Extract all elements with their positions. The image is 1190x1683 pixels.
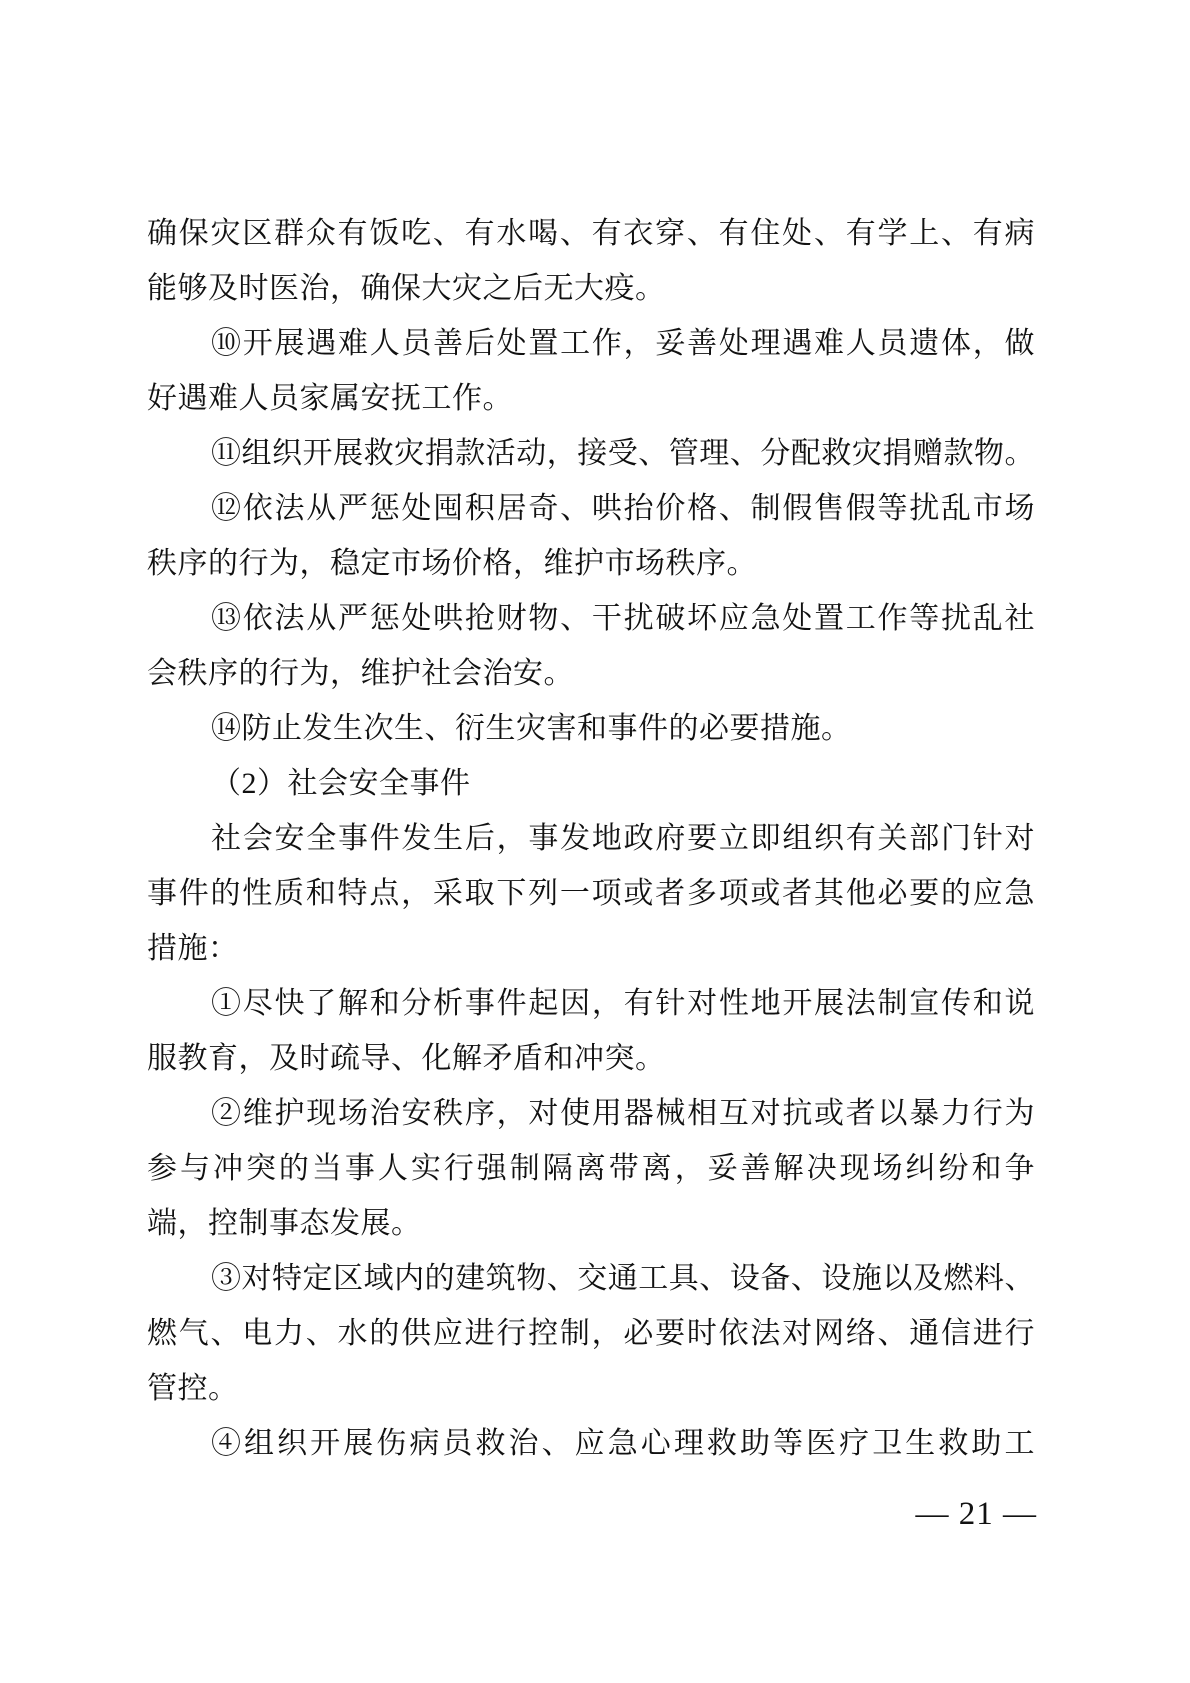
page-number: — 21 — — [916, 1494, 1038, 1534]
document-page: 确保灾区群众有饭吃、有水喝、有衣穿、有住处、有学上、有病能够及时医治，确保大灾之… — [0, 0, 1190, 1683]
text-line: ⑭防止发生次生、衍生灾害和事件的必要措施。 — [147, 701, 1035, 756]
paragraph: （2）社会安全事件 — [147, 756, 1035, 811]
text-line: 社会安全事件发生后，事发地政府要立即组织有关部门针对 — [147, 811, 1035, 866]
paragraph: ②维护现场治安秩序，对使用器械相互对抗或者以暴力行为参与冲突的当事人实行强制隔离… — [147, 1086, 1035, 1251]
text-line: 事件的性质和特点，采取下列一项或者多项或者其他必要的应急 — [147, 866, 1035, 921]
text-line: ②维护现场治安秩序，对使用器械相互对抗或者以暴力行为 — [147, 1086, 1035, 1141]
paragraph: ①尽快了解和分析事件起因，有针对性地开展法制宣传和说服教育，及时疏导、化解矛盾和… — [147, 976, 1035, 1086]
text-line: 能够及时医治，确保大灾之后无大疫。 — [147, 261, 1035, 316]
text-line: 措施： — [147, 921, 1035, 976]
paragraph: ④组织开展伤病员救治、应急心理救助等医疗卫生救助工 — [147, 1416, 1035, 1471]
text-line: ⑩开展遇难人员善后处置工作，妥善处理遇难人员遗体，做 — [147, 316, 1035, 371]
paragraph: ⑫依法从严惩处囤积居奇、哄抬价格、制假售假等扰乱市场秩序的行为，稳定市场价格，维… — [147, 481, 1035, 591]
text-line: 服教育，及时疏导、化解矛盾和冲突。 — [147, 1031, 1035, 1086]
text-line: ⑫依法从严惩处囤积居奇、哄抬价格、制假售假等扰乱市场 — [147, 481, 1035, 536]
paragraph: ⑪组织开展救灾捐款活动，接受、管理、分配救灾捐赠款物。 — [147, 426, 1035, 481]
text-line: ⑪组织开展救灾捐款活动，接受、管理、分配救灾捐赠款物。 — [147, 426, 1035, 481]
text-line: ③对特定区域内的建筑物、交通工具、设备、设施以及燃料、 — [147, 1251, 1035, 1306]
text-line: 好遇难人员家属安抚工作。 — [147, 371, 1035, 426]
document-body: 确保灾区群众有饭吃、有水喝、有衣穿、有住处、有学上、有病能够及时医治，确保大灾之… — [147, 206, 1035, 1471]
text-line: （2）社会安全事件 — [147, 756, 1035, 811]
paragraph: ⑬依法从严惩处哄抢财物、干扰破坏应急处置工作等扰乱社会秩序的行为，维护社会治安。 — [147, 591, 1035, 701]
paragraph: 确保灾区群众有饭吃、有水喝、有衣穿、有住处、有学上、有病能够及时医治，确保大灾之… — [147, 206, 1035, 316]
text-line: ⑬依法从严惩处哄抢财物、干扰破坏应急处置工作等扰乱社 — [147, 591, 1035, 646]
text-line: 秩序的行为，稳定市场价格，维护市场秩序。 — [147, 536, 1035, 591]
text-line: 参与冲突的当事人实行强制隔离带离，妥善解决现场纠纷和争 — [147, 1141, 1035, 1196]
text-line: 管控。 — [147, 1361, 1035, 1416]
text-line: ④组织开展伤病员救治、应急心理救助等医疗卫生救助工 — [147, 1416, 1035, 1471]
paragraph: ⑭防止发生次生、衍生灾害和事件的必要措施。 — [147, 701, 1035, 756]
paragraph: 社会安全事件发生后，事发地政府要立即组织有关部门针对事件的性质和特点，采取下列一… — [147, 811, 1035, 976]
text-line: 燃气、电力、水的供应进行控制，必要时依法对网络、通信进行 — [147, 1306, 1035, 1361]
paragraph: ③对特定区域内的建筑物、交通工具、设备、设施以及燃料、燃气、电力、水的供应进行控… — [147, 1251, 1035, 1416]
text-line: 端，控制事态发展。 — [147, 1196, 1035, 1251]
text-line: 会秩序的行为，维护社会治安。 — [147, 646, 1035, 701]
text-line: ①尽快了解和分析事件起因，有针对性地开展法制宣传和说 — [147, 976, 1035, 1031]
paragraph: ⑩开展遇难人员善后处置工作，妥善处理遇难人员遗体，做好遇难人员家属安抚工作。 — [147, 316, 1035, 426]
text-line: 确保灾区群众有饭吃、有水喝、有衣穿、有住处、有学上、有病 — [147, 206, 1035, 261]
